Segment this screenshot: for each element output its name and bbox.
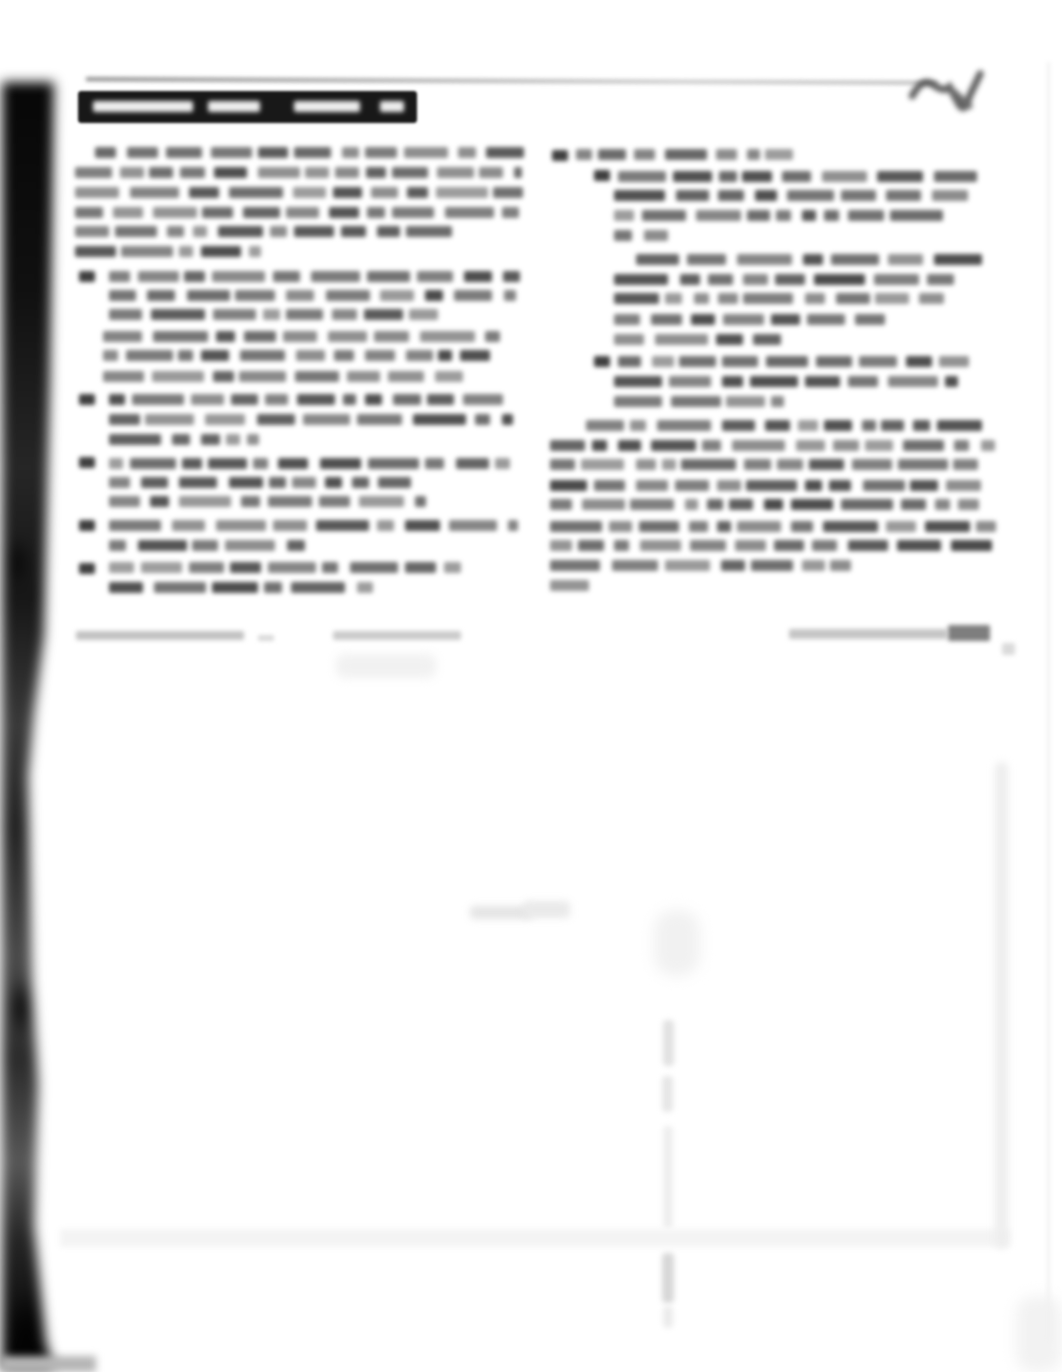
word-blob	[126, 350, 173, 361]
word-blob	[831, 254, 879, 265]
word-blob	[723, 314, 764, 325]
page-edge-line	[1047, 62, 1050, 1340]
word-blob	[680, 274, 700, 285]
word-blob	[75, 226, 109, 237]
word-blob	[141, 562, 182, 573]
word-blob	[822, 171, 867, 182]
word-blob	[782, 171, 811, 182]
word-blob	[294, 226, 334, 237]
word-blob	[172, 520, 205, 531]
dash-mark-4	[662, 1253, 674, 1303]
word-blob	[109, 520, 161, 531]
word-blob	[268, 496, 312, 507]
word-blob	[366, 167, 386, 178]
word-blob	[951, 540, 992, 551]
word-blob	[722, 420, 755, 431]
word-blob	[809, 459, 844, 470]
word-blob	[367, 271, 410, 282]
word-blob	[750, 376, 798, 387]
word-blob	[722, 356, 758, 367]
text-line	[614, 396, 790, 408]
word-blob	[253, 458, 268, 469]
text-line	[550, 560, 856, 572]
word-blob	[103, 371, 144, 382]
word-blob	[172, 434, 190, 445]
word-blob	[192, 540, 218, 551]
word-blob	[581, 459, 624, 470]
word-blob	[716, 149, 737, 160]
word-blob	[753, 334, 781, 345]
word-blob	[945, 376, 958, 387]
word-blob	[953, 459, 978, 470]
word-blob	[676, 190, 709, 201]
word-blob	[154, 582, 206, 593]
word-blob	[886, 190, 921, 201]
word-blob	[258, 167, 300, 178]
word-blob	[897, 540, 941, 551]
word-blob	[550, 499, 572, 510]
word-blob	[326, 290, 370, 301]
footer-center-text	[333, 631, 461, 640]
word-blob	[954, 440, 969, 451]
word-blob	[694, 293, 709, 304]
word-blob	[120, 167, 144, 178]
text-line	[109, 394, 527, 406]
word-blob	[425, 458, 444, 469]
text-line	[586, 420, 998, 432]
word-blob	[407, 187, 428, 198]
word-blob	[651, 440, 696, 451]
word-blob	[179, 496, 231, 507]
list-item-marker	[594, 356, 610, 367]
text-line	[109, 271, 527, 283]
word-blob	[722, 376, 743, 387]
word-blob	[325, 477, 342, 488]
word-blob	[824, 420, 852, 431]
word-blob	[848, 376, 878, 387]
text-line	[103, 350, 507, 362]
footer-right-text	[789, 629, 947, 639]
corner-shade	[1016, 1296, 1062, 1372]
word-blob	[303, 414, 350, 425]
word-blob	[614, 230, 632, 241]
word-blob	[614, 314, 640, 325]
word-blob	[130, 187, 179, 198]
text-line	[550, 459, 999, 471]
word-blob	[958, 499, 979, 510]
word-blob	[946, 480, 981, 491]
word-blob	[493, 187, 523, 198]
word-blob	[743, 293, 793, 304]
word-blob	[374, 331, 409, 342]
word-blob	[665, 560, 710, 571]
word-blob	[109, 562, 134, 573]
text-line	[614, 274, 972, 286]
text-line	[75, 167, 528, 179]
word-blob	[721, 560, 745, 571]
word-blob	[690, 540, 726, 551]
text-line	[109, 562, 487, 574]
word-blob	[614, 210, 634, 221]
word-blob	[841, 499, 893, 510]
word-blob	[485, 331, 500, 342]
word-blob	[685, 499, 698, 510]
word-blob	[609, 521, 632, 532]
word-blob	[305, 167, 329, 178]
word-blob	[550, 459, 575, 470]
word-blob	[737, 254, 792, 265]
word-blob	[333, 187, 362, 198]
text-line	[614, 293, 950, 305]
word-blob	[149, 167, 173, 178]
word-blob	[320, 458, 361, 469]
footer-right-submark	[1002, 643, 1015, 655]
word-blob	[115, 226, 157, 237]
word-blob	[189, 187, 219, 198]
text-line	[636, 254, 988, 266]
list-item-marker	[79, 271, 95, 282]
text-line	[109, 434, 265, 446]
word-blob	[229, 477, 263, 488]
word-blob	[141, 477, 168, 488]
word-blob	[787, 190, 834, 201]
word-blob	[888, 376, 938, 387]
word-blob	[696, 210, 741, 221]
word-blob	[75, 246, 116, 257]
word-blob	[726, 396, 765, 407]
word-blob	[444, 562, 461, 573]
word-blob	[241, 496, 260, 507]
word-blob	[75, 167, 112, 178]
text-line	[103, 331, 505, 343]
word-blob	[618, 440, 641, 451]
word-blob	[925, 521, 970, 532]
list-item-marker	[79, 520, 95, 531]
word-blob	[109, 540, 126, 551]
word-blob	[166, 147, 202, 158]
word-blob	[286, 290, 314, 301]
word-blob	[201, 246, 241, 257]
text-line	[614, 210, 952, 222]
word-blob	[257, 414, 295, 425]
word-blob	[420, 331, 475, 342]
word-blob	[927, 274, 954, 285]
word-blob	[747, 149, 760, 160]
text-line	[109, 414, 519, 426]
word-blob	[184, 271, 205, 282]
word-blob	[798, 420, 818, 431]
word-blob	[406, 350, 433, 361]
word-blob	[202, 207, 233, 218]
word-blob	[127, 147, 158, 158]
word-blob	[630, 499, 674, 510]
word-blob	[464, 271, 492, 282]
word-blob	[109, 290, 136, 301]
word-blob	[109, 477, 130, 488]
text-line	[75, 246, 267, 258]
word-blob	[293, 187, 326, 198]
word-blob	[747, 210, 770, 221]
word-blob	[138, 540, 187, 551]
word-blob	[151, 309, 205, 320]
word-blob	[392, 207, 434, 218]
word-blob	[503, 271, 520, 282]
word-blob	[805, 293, 825, 304]
word-blob	[436, 187, 488, 198]
word-blob	[934, 254, 982, 265]
word-blob	[906, 356, 932, 367]
word-blob	[791, 521, 813, 532]
word-blob	[681, 459, 736, 470]
word-blob	[405, 520, 440, 531]
word-blob	[744, 459, 771, 470]
word-blob	[380, 290, 414, 301]
word-blob	[213, 371, 234, 382]
word-blob	[655, 334, 708, 345]
word-blob	[295, 371, 339, 382]
word-blob	[365, 394, 382, 405]
text-line	[109, 290, 521, 302]
word-blob	[802, 210, 816, 221]
word-blob	[225, 540, 275, 551]
word-blob	[109, 309, 142, 320]
word-blob	[212, 271, 265, 282]
word-blob	[665, 293, 682, 304]
word-blob	[283, 331, 317, 342]
word-blob	[550, 560, 600, 571]
word-blob	[614, 293, 659, 304]
word-blob	[269, 477, 286, 488]
word-blob	[751, 560, 793, 571]
word-blob	[888, 254, 923, 265]
word-blob	[486, 147, 524, 158]
text-columns	[0, 0, 1062, 700]
word-blob	[807, 314, 845, 325]
word-blob	[673, 171, 712, 182]
word-blob	[848, 540, 888, 551]
dash-mark-3	[663, 1126, 673, 1228]
dash-mark-1	[663, 1020, 674, 1066]
word-blob	[550, 480, 587, 491]
word-blob	[415, 496, 426, 507]
word-blob	[816, 356, 852, 367]
word-blob	[669, 376, 711, 387]
word-blob	[614, 540, 629, 551]
word-blob	[644, 230, 668, 241]
word-blob	[365, 147, 397, 158]
word-blob	[630, 420, 646, 431]
word-blob	[865, 440, 893, 451]
word-blob	[130, 458, 176, 469]
word-blob	[352, 477, 369, 488]
word-blob	[109, 271, 130, 282]
word-blob	[357, 582, 373, 593]
text-line	[614, 334, 792, 346]
word-blob	[717, 521, 731, 532]
word-blob	[718, 190, 744, 201]
word-blob	[367, 207, 385, 218]
word-blob	[231, 394, 258, 405]
word-blob	[311, 271, 360, 282]
word-blob	[939, 356, 969, 367]
word-blob	[665, 149, 707, 160]
word-blob	[201, 350, 229, 361]
footer-left-text	[76, 631, 244, 640]
word-blob	[147, 290, 175, 301]
list-item-marker	[79, 563, 95, 574]
text-line	[75, 187, 530, 199]
text-line	[109, 496, 433, 508]
word-blob	[328, 331, 367, 342]
word-blob	[425, 290, 443, 301]
word-blob	[550, 580, 589, 591]
list-item-marker	[552, 150, 568, 161]
word-blob	[729, 499, 753, 510]
dash-mark-2	[662, 1076, 673, 1112]
word-blob	[614, 274, 668, 285]
word-blob	[427, 394, 454, 405]
word-blob	[377, 520, 394, 531]
word-blob	[235, 290, 275, 301]
word-blob	[671, 396, 721, 407]
list-item-marker	[594, 170, 610, 181]
word-blob	[502, 207, 519, 218]
word-blob	[719, 171, 737, 182]
word-blob	[890, 210, 943, 221]
word-blob	[205, 414, 245, 425]
word-blob	[297, 394, 335, 405]
word-blob	[249, 246, 261, 257]
word-blob	[437, 167, 474, 178]
word-blob	[502, 414, 513, 425]
text-line	[618, 356, 978, 368]
word-blob	[836, 293, 870, 304]
word-blob	[273, 271, 300, 282]
word-blob	[201, 434, 220, 445]
word-blob	[243, 207, 280, 218]
word-blob	[189, 562, 224, 573]
word-blob	[226, 434, 240, 445]
word-blob	[691, 314, 715, 325]
word-blob	[371, 187, 398, 198]
word-blob	[153, 331, 208, 342]
word-blob	[737, 521, 781, 532]
word-blob	[178, 350, 193, 361]
word-blob	[109, 434, 161, 445]
word-blob	[229, 187, 283, 198]
word-blob	[803, 254, 823, 265]
word-blob	[824, 210, 839, 221]
text-line	[109, 477, 417, 489]
word-blob	[454, 290, 492, 301]
footer-right-number	[948, 625, 990, 641]
word-blob	[113, 207, 143, 218]
word-blob	[445, 207, 494, 218]
text-line	[614, 190, 976, 202]
text-line	[103, 371, 481, 383]
word-blob	[652, 356, 674, 367]
word-blob	[716, 334, 743, 345]
word-blob	[103, 331, 142, 342]
word-blob	[438, 350, 452, 361]
word-blob	[592, 440, 607, 451]
word-blob	[109, 582, 143, 593]
footer-left-tick	[258, 635, 274, 641]
word-blob	[814, 274, 865, 285]
word-blob	[460, 350, 490, 361]
word-blob	[456, 458, 489, 469]
word-blob	[335, 167, 359, 178]
word-blob	[263, 309, 280, 320]
word-blob	[642, 210, 686, 221]
word-blob	[634, 149, 655, 160]
word-blob	[179, 477, 217, 488]
word-blob	[153, 207, 197, 218]
word-blob	[764, 499, 783, 510]
word-blob	[322, 562, 338, 573]
word-blob	[802, 560, 825, 571]
word-blob	[240, 350, 285, 361]
word-blob	[614, 334, 644, 345]
word-blob	[662, 459, 676, 470]
word-blob	[121, 246, 173, 257]
word-blob	[294, 147, 331, 158]
word-blob	[863, 480, 905, 491]
word-blob	[435, 371, 463, 382]
text-line	[109, 540, 311, 552]
word-blob	[651, 314, 682, 325]
word-blob	[718, 293, 738, 304]
word-blob	[138, 271, 179, 282]
word-blob	[291, 582, 345, 593]
word-blob	[937, 420, 982, 431]
word-blob	[717, 480, 741, 491]
word-blob	[167, 226, 184, 237]
word-blob	[550, 521, 602, 532]
word-blob	[640, 540, 681, 551]
text-line	[109, 309, 443, 321]
word-blob	[417, 271, 453, 282]
word-blob	[833, 440, 859, 451]
word-blob	[675, 480, 709, 491]
word-blob	[357, 414, 402, 425]
word-blob	[707, 499, 723, 510]
word-blob	[934, 171, 977, 182]
word-blob	[874, 274, 919, 285]
text-line	[614, 376, 966, 388]
word-blob	[679, 356, 716, 367]
word-blob	[742, 171, 772, 182]
word-blob	[855, 314, 885, 325]
word-blob	[598, 149, 626, 160]
word-blob	[378, 477, 411, 488]
word-blob	[247, 434, 259, 445]
word-blob	[903, 440, 944, 451]
word-blob	[614, 376, 662, 387]
word-blob	[109, 394, 125, 405]
word-blob	[463, 394, 503, 405]
word-blob	[413, 414, 466, 425]
word-blob	[765, 420, 790, 431]
word-blob	[791, 499, 833, 510]
text-line	[75, 207, 524, 219]
word-blob	[152, 371, 204, 382]
word-blob	[286, 207, 319, 218]
word-blob	[239, 371, 286, 382]
text-line	[550, 480, 1002, 492]
word-blob	[586, 420, 624, 431]
word-blob	[475, 414, 490, 425]
